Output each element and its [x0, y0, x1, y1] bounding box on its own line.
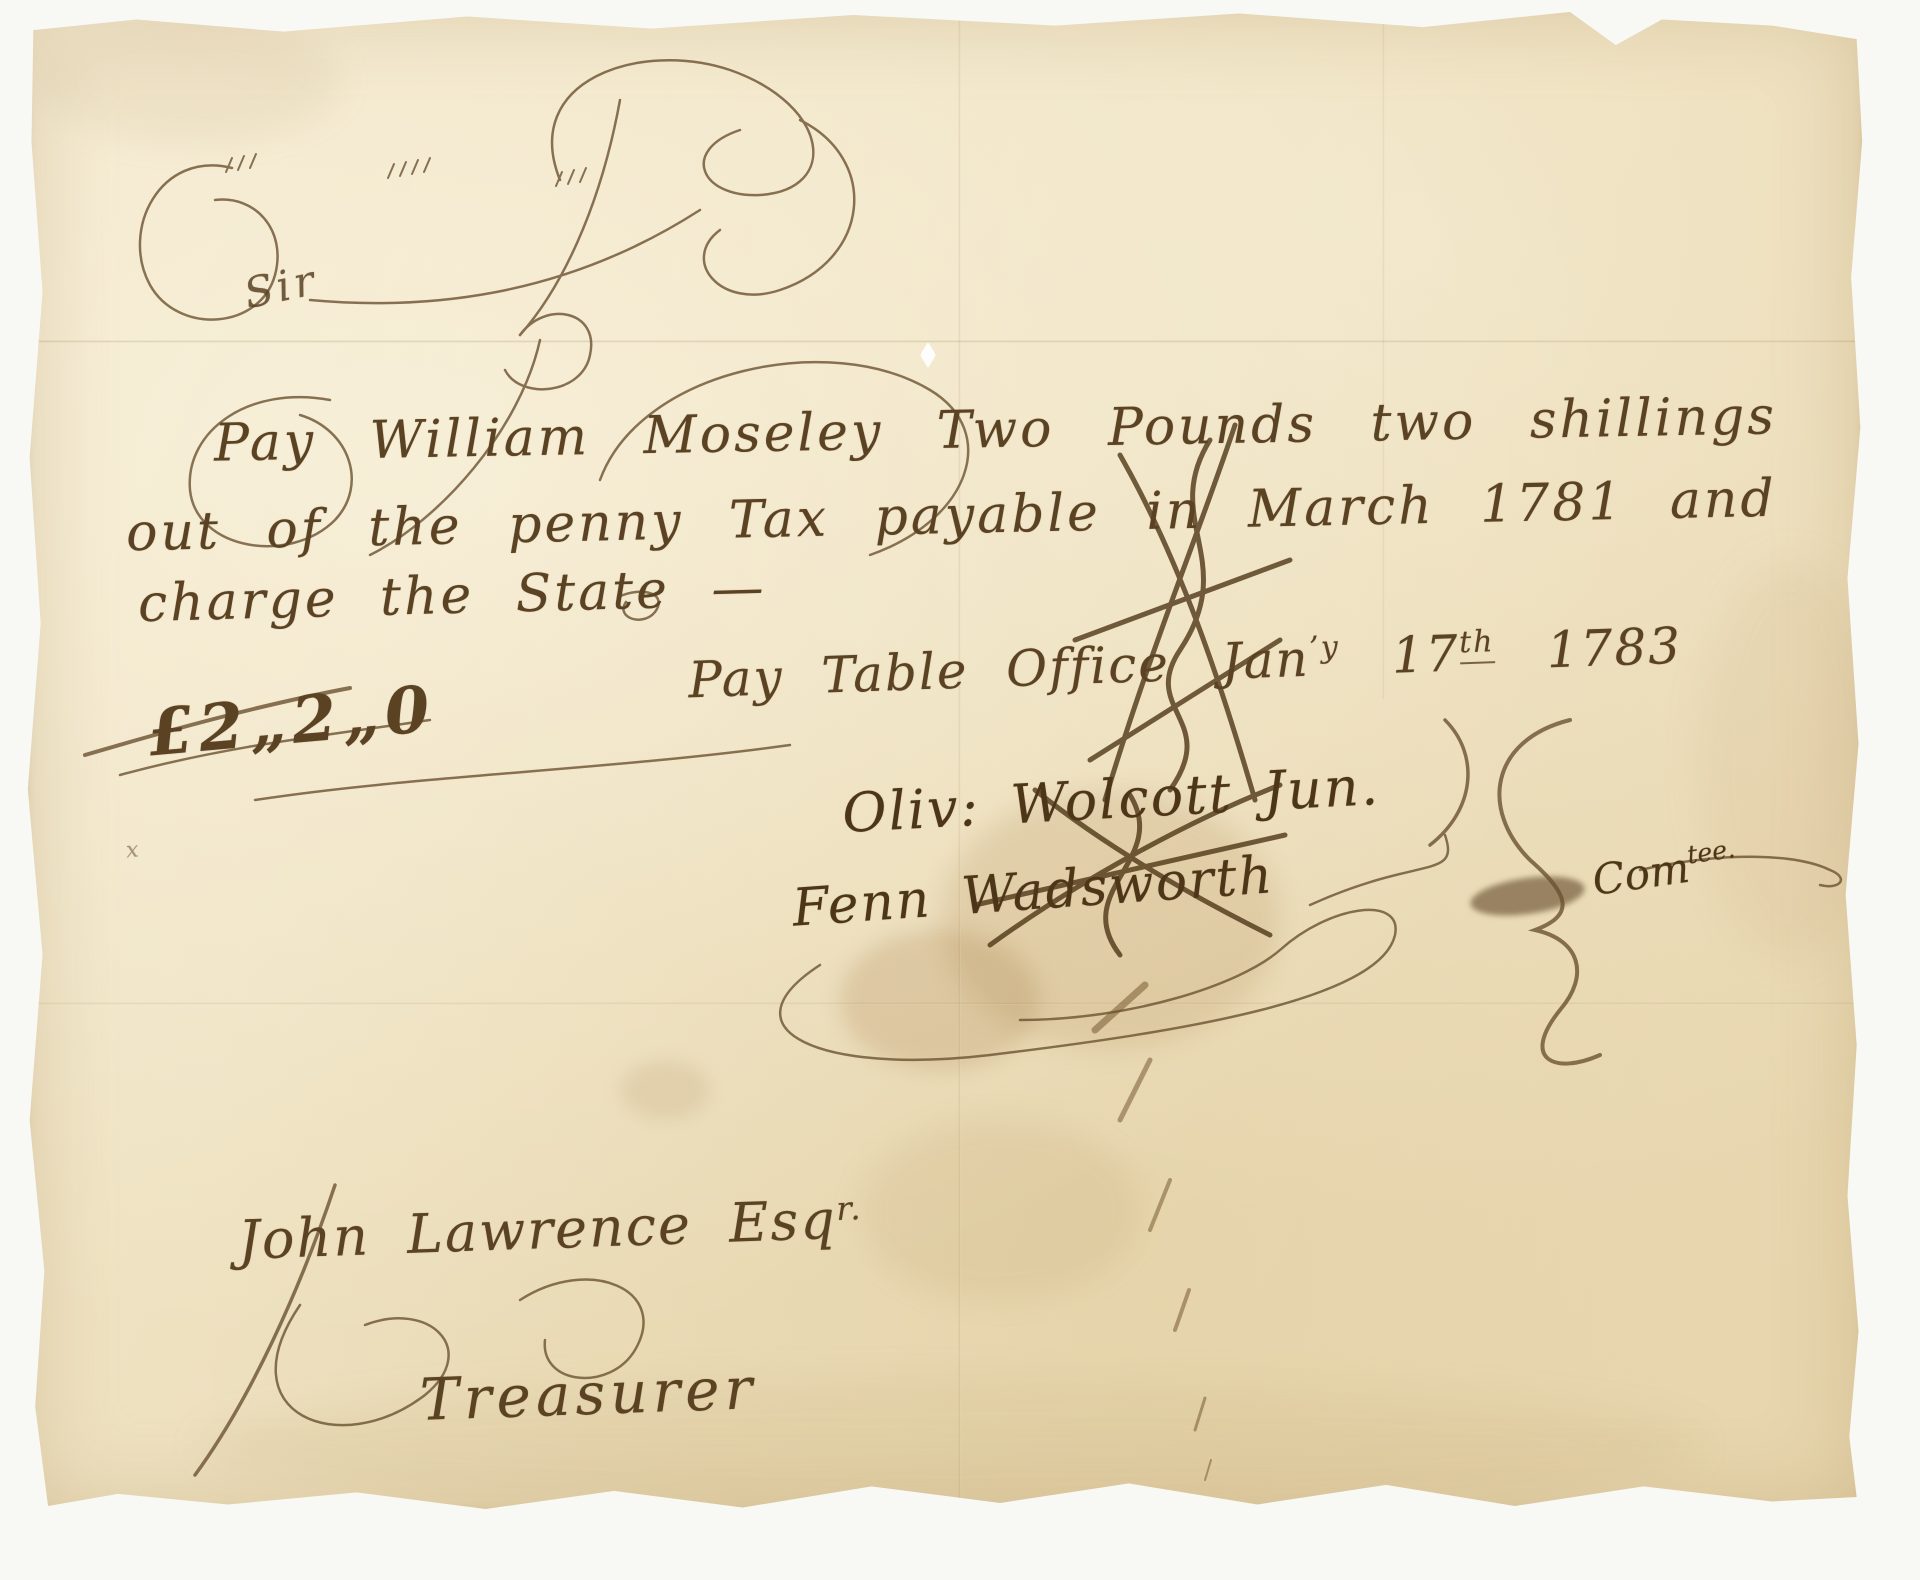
committee-superscript: tee. — [1685, 834, 1737, 869]
addressee-name-superscript: r. — [836, 1189, 864, 1228]
dateline-day-superscript: th — [1459, 624, 1496, 664]
document-scan: Sir Pay William Moseley Two Pounds two s… — [0, 0, 1920, 1580]
margin-pencil-mark: x — [125, 838, 140, 864]
dateline-month-superscript: ’y — [1309, 630, 1341, 666]
dateline-year: 1783 — [1532, 617, 1683, 680]
addressee-title: Treasurer — [419, 1354, 758, 1434]
dateline-day: 17 — [1377, 624, 1461, 685]
paper-sheet — [26, 6, 1864, 1512]
dateline-month: Jan — [1207, 630, 1311, 692]
paper-vignette — [26, 6, 1864, 1512]
